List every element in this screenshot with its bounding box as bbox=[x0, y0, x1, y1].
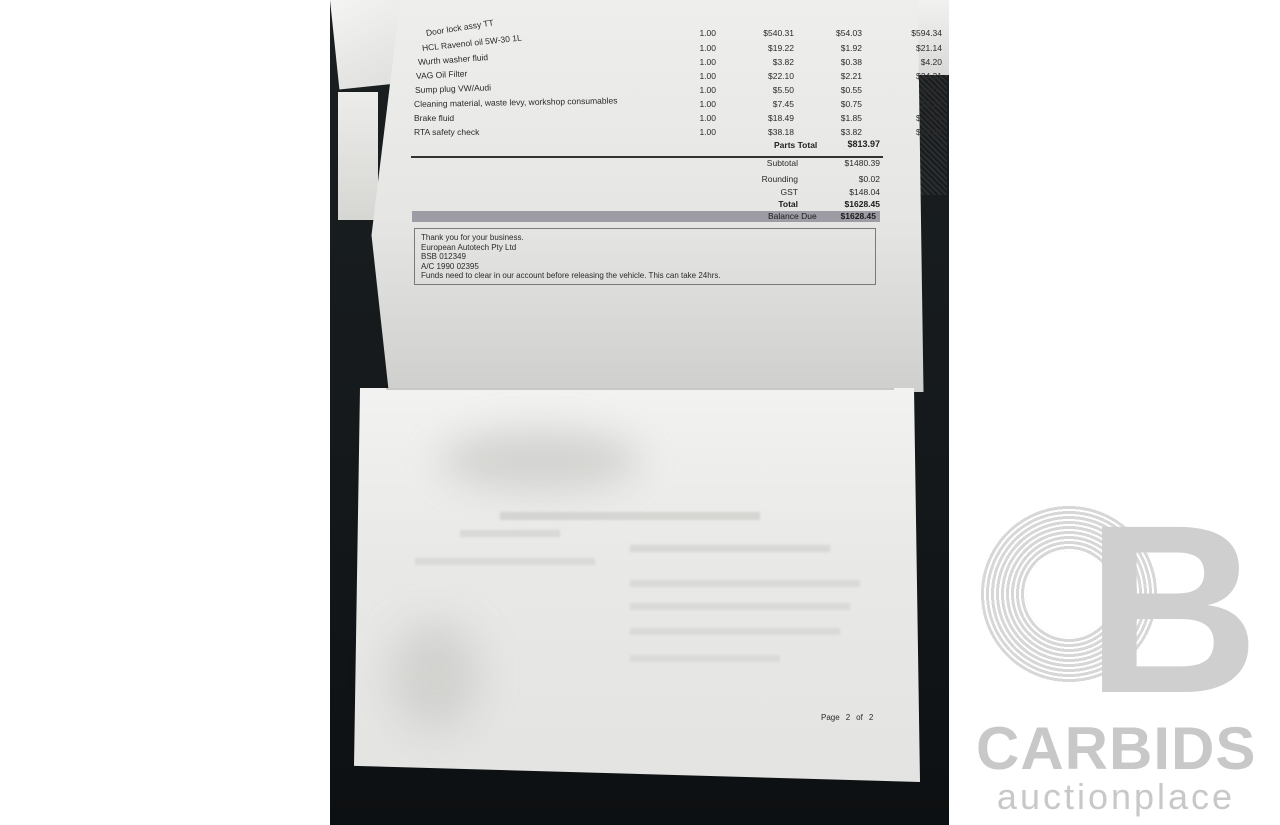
line-item-gst: $1.92 bbox=[816, 43, 862, 53]
line-item-total: $20.34 bbox=[880, 113, 942, 123]
show-through-text bbox=[630, 655, 780, 662]
line-item-unit-price: $3.82 bbox=[744, 57, 794, 67]
show-through-text bbox=[630, 603, 850, 610]
line-item-description: VAG Oil Filter bbox=[416, 68, 468, 81]
line-item-gst: $0.75 bbox=[816, 99, 862, 109]
line-item-qty: 1.00 bbox=[686, 57, 716, 67]
line-item-row: Wurth washer fluid1.00$3.82$0.38$4.20 bbox=[414, 57, 949, 71]
line-item-total: $8.20 bbox=[880, 99, 942, 109]
line-item-qty: 1.00 bbox=[686, 127, 716, 137]
logo-tagline: auctionplace bbox=[976, 777, 1256, 817]
carbids-watermark-logo: B CARBIDS auctionplace bbox=[976, 505, 1256, 815]
note-company: European Autotech Pty Ltd bbox=[421, 243, 869, 253]
paper-shadow bbox=[440, 430, 640, 490]
line-item-total: $594.34 bbox=[880, 28, 942, 38]
line-item-row: Cleaning material, waste levy, workshop … bbox=[414, 99, 949, 113]
line-item-total: $42.00 bbox=[880, 127, 942, 137]
page-label: Page bbox=[821, 713, 840, 722]
line-item-qty: 1.00 bbox=[686, 43, 716, 53]
page-current: 2 bbox=[846, 713, 850, 722]
balance-due-label: Balance Due bbox=[768, 211, 817, 222]
balance-due-value: $1628.45 bbox=[841, 211, 876, 222]
line-item-qty: 1.00 bbox=[686, 85, 716, 95]
line-item-gst: $3.82 bbox=[816, 127, 862, 137]
summary-row-subtotal: Subtotal$1480.39 bbox=[710, 158, 880, 171]
summary-label: Total bbox=[778, 199, 798, 209]
line-item-gst: $1.85 bbox=[816, 113, 862, 123]
page-of-label: of bbox=[856, 713, 863, 722]
page-total: 2 bbox=[869, 713, 873, 722]
line-item-gst: $0.55 bbox=[816, 85, 862, 95]
line-item-unit-price: $38.18 bbox=[744, 127, 794, 137]
logo-monogram: B bbox=[1086, 505, 1256, 705]
line-item-unit-price: $22.10 bbox=[744, 71, 794, 81]
line-item-gst: $2.21 bbox=[816, 71, 862, 81]
line-item-description: RTA safety check bbox=[414, 127, 479, 137]
show-through-text bbox=[415, 558, 595, 565]
line-item-unit-price: $7.45 bbox=[744, 99, 794, 109]
line-item-qty: 1.00 bbox=[686, 113, 716, 123]
line-item-description: Brake fluid bbox=[414, 113, 454, 123]
paper-shadow bbox=[390, 620, 480, 730]
logo-brand-name: CARBIDS bbox=[976, 719, 1256, 779]
balance-due-bar: Balance Due $1628.45 bbox=[412, 211, 880, 222]
show-through-text bbox=[630, 580, 860, 587]
line-item-gst: $54.03 bbox=[816, 28, 862, 38]
summary-value: $0.02 bbox=[859, 174, 880, 184]
line-item-gst: $0.38 bbox=[816, 57, 862, 67]
line-item-total: $6.05 bbox=[880, 85, 942, 95]
line-item-qty: 1.00 bbox=[686, 71, 716, 81]
summary-label: GST bbox=[781, 187, 798, 197]
line-item-row: VAG Oil Filter1.00$22.10$2.21$24.31 bbox=[414, 71, 949, 85]
summary-row-rounding: Rounding$0.02 bbox=[710, 174, 880, 187]
line-item-unit-price: $5.50 bbox=[744, 85, 794, 95]
line-item-qty: 1.00 bbox=[686, 99, 716, 109]
note-account: A/C 1990 02395 bbox=[421, 262, 869, 272]
line-item-total: $4.20 bbox=[880, 57, 942, 67]
line-item-qty: 1.00 bbox=[686, 28, 716, 38]
paper-scrap-left-lower bbox=[338, 92, 378, 220]
show-through-text bbox=[460, 530, 560, 537]
line-item-description: Cleaning material, waste levy, workshop … bbox=[414, 95, 618, 109]
page-number: Page2of2 bbox=[821, 713, 879, 722]
parts-total-value: $813.97 bbox=[810, 139, 880, 149]
summary-value: $1480.39 bbox=[845, 158, 880, 168]
summary-label: Rounding bbox=[762, 174, 798, 184]
line-item-unit-price: $540.31 bbox=[744, 28, 794, 38]
line-item-unit-price: $18.49 bbox=[744, 113, 794, 123]
line-item-row: HCL Ravenol oil 5W-30 1L1.00$19.22$1.92$… bbox=[414, 43, 949, 57]
invoice-photo: Door lock assy TT1.00$540.31$54.03$594.3… bbox=[330, 0, 949, 825]
note-bsb: BSB 012349 bbox=[421, 252, 869, 262]
logo-b-glyph: B bbox=[1086, 509, 1249, 709]
summary-label: Subtotal bbox=[767, 158, 798, 168]
paper-fold bbox=[386, 388, 894, 390]
show-through-text bbox=[630, 628, 840, 635]
line-item-total: $21.14 bbox=[880, 43, 942, 53]
show-through-text bbox=[500, 512, 760, 520]
line-item-row: Brake fluid1.00$18.49$1.85$20.34 bbox=[414, 113, 949, 127]
summary-value: $148.04 bbox=[849, 187, 880, 197]
line-item-total: $24.31 bbox=[880, 71, 942, 81]
summary-value: $1628.45 bbox=[845, 199, 880, 209]
note-thanks: Thank you for your business. bbox=[421, 233, 869, 243]
line-item-unit-price: $19.22 bbox=[744, 43, 794, 53]
note-funds-clearance: Funds need to clear in our account befor… bbox=[421, 271, 869, 281]
line-item-description: Sump plug VW/Audi bbox=[415, 82, 491, 95]
payment-notes-box: Thank you for your business. European Au… bbox=[414, 228, 876, 285]
show-through-text bbox=[630, 545, 830, 552]
